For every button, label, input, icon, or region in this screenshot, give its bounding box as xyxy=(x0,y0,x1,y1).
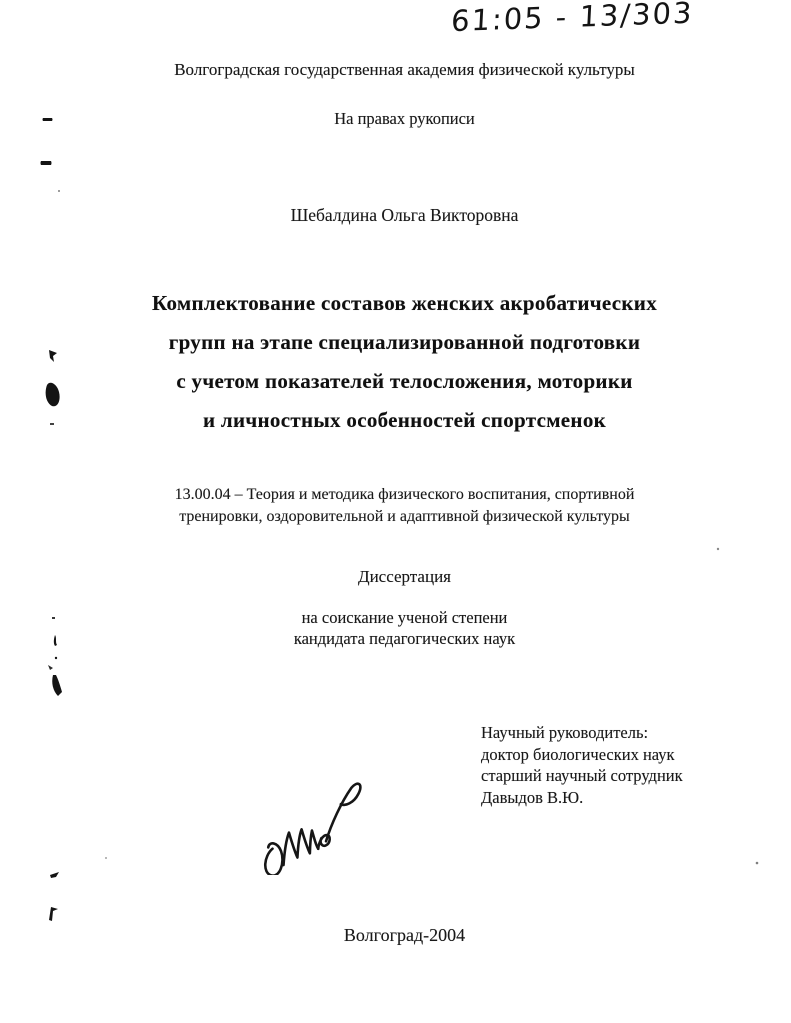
specialty-line: тренировки, оздоровительной и адаптивной… xyxy=(40,506,769,528)
supervisor-label: Научный руководитель: xyxy=(481,722,683,744)
title-line: Комплектование составов женских акробати… xyxy=(40,284,769,323)
title-line: и личностных особенностей спортсменок xyxy=(40,401,769,440)
specialty-code-block: 13.00.04 – Теория и методика физического… xyxy=(40,484,769,528)
title-line: с учетом показателей телосложения, мотор… xyxy=(40,362,769,401)
supervisor-position: старший научный сотрудник xyxy=(481,765,683,787)
signature-handwriting xyxy=(246,780,396,875)
supervisor-degree: доктор биологических наук xyxy=(481,744,683,766)
catalog-number-handwriting: 61:05 - 13/303 xyxy=(450,0,694,38)
degree-line: на соискание ученой степени xyxy=(40,607,769,628)
title-line: групп на этапе специализированной подгот… xyxy=(40,323,769,362)
document-type: Диссертация xyxy=(40,567,769,587)
degree-line: кандидата педагогических наук xyxy=(40,628,769,649)
city-year: Волгоград-2004 xyxy=(40,925,769,946)
specialty-line: 13.00.04 – Теория и методика физического… xyxy=(40,484,769,506)
supervisor-block: Научный руководитель: доктор биологическ… xyxy=(481,722,683,808)
dissertation-title-page: 61:05 - 13/303 Волгоградская государстве… xyxy=(0,0,791,1023)
manuscript-rights-note: На правах рукописи xyxy=(40,109,769,129)
dissertation-title: Комплектование составов женских акробати… xyxy=(40,284,769,440)
author-name: Шебалдина Ольга Викторовна xyxy=(40,205,769,226)
degree-purpose-block: на соискание ученой степени кандидата пе… xyxy=(40,607,769,649)
institution-name: Волгоградская государственная академия ф… xyxy=(40,60,769,80)
supervisor-name: Давыдов В.Ю. xyxy=(481,787,683,809)
